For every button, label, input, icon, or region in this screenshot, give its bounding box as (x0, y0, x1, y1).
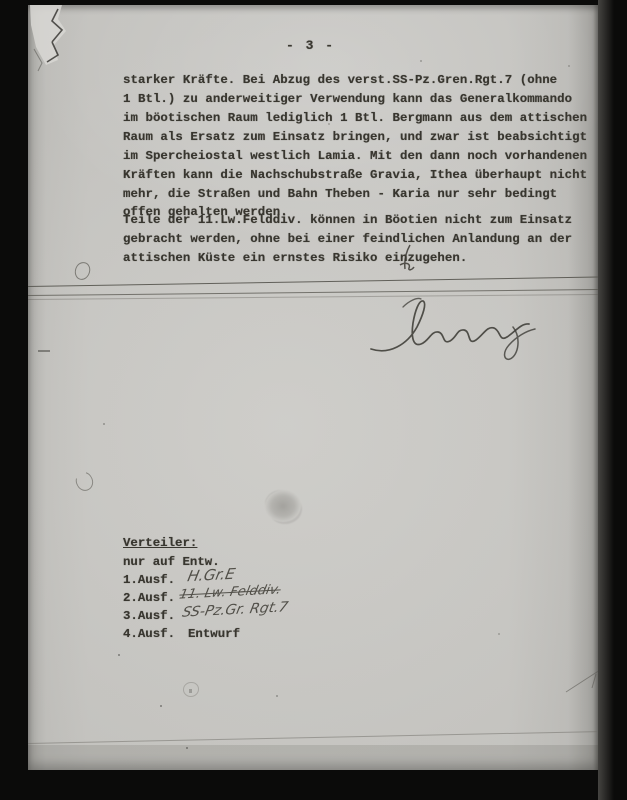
handwritten-signature (363, 293, 548, 363)
distribution-entry-label: 1.Ausf. (123, 573, 175, 587)
typed-line: mehr, die Straßen und Bahn Theben - Kari… (123, 187, 557, 201)
scan-edge-shadow (598, 0, 614, 800)
typed-line: 1 Btl.) zu anderweitiger Verwendung kann… (123, 92, 572, 106)
torn-corner-damage (28, 5, 98, 80)
bottom-shade (28, 745, 598, 770)
distribution-entry-label: 3.Ausf. (123, 609, 175, 623)
typed-line: starker Kräfte. Bei Abzug des verst.SS-P… (123, 73, 557, 87)
typed-line: im böotischen Raum lediglich 1 Btl. Berg… (123, 111, 587, 125)
handwritten-entry: SS-Pz.Gr. Rgt.7 (181, 599, 290, 620)
typed-line: gebracht werden, ohne bei einer feindlic… (123, 232, 572, 246)
typed-entry: Entwurf (188, 627, 240, 641)
document-scan: - 3 - starker Kräfte. Bei Abzug des vers… (0, 0, 627, 800)
ink-ring-mark (72, 469, 96, 494)
handwritten-entry: H.Gr.E (186, 565, 237, 585)
paper-sheet: - 3 - starker Kräfte. Bei Abzug des vers… (28, 5, 598, 770)
typed-line: Teile der 11.Lw.Felddiv. können in Böoti… (123, 213, 572, 227)
handwritten-initial-mark (396, 243, 418, 273)
horizontal-rule (28, 277, 598, 287)
typed-line: im Spercheiostal westlich Lamia. Mit den… (123, 149, 587, 163)
smudge-stain (265, 490, 301, 522)
distribution-entry-label: 2.Ausf. (123, 591, 175, 605)
small-scribble-mark (183, 682, 199, 697)
distribution-heading: Verteiler: (123, 536, 197, 550)
typed-line: Raum als Ersatz zum Einsatz bringen, und… (123, 130, 587, 144)
distribution-entry-label: 4.Ausf. (123, 627, 175, 641)
crease-line (28, 731, 598, 744)
typed-line: Kräften kann die Nachschubstraße Gravia,… (123, 168, 587, 182)
ink-ring-mark (73, 260, 92, 281)
page-number: - 3 - (286, 38, 335, 53)
